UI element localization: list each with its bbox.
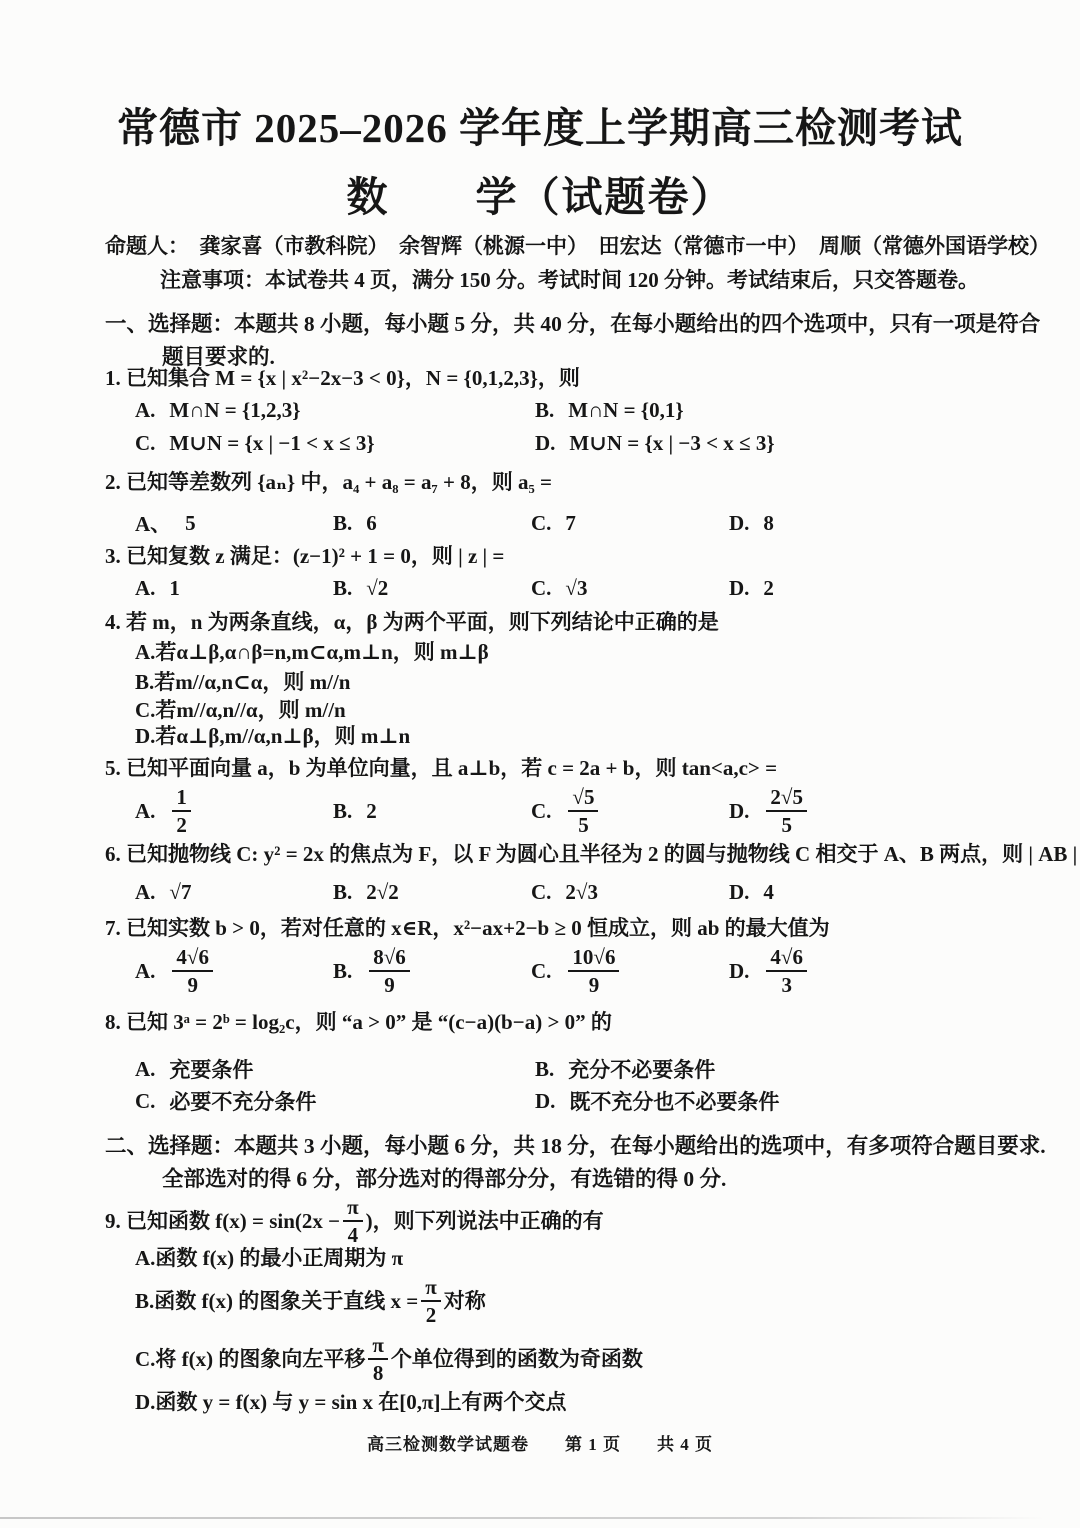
question-7-option-b: B.8√69 xyxy=(333,946,531,996)
question-8-option-a: A.充要条件 xyxy=(135,1054,535,1084)
question-2-options: A、5 B.6 C.7 D.8 xyxy=(135,508,990,538)
exam-title: 常德市 2025–2026 学年度上学期高三检测考试 xyxy=(0,106,1080,151)
question-4-option-c: C.若m//α,n//α，则 m//n xyxy=(135,700,990,721)
fraction: 8√69 xyxy=(369,946,410,996)
question-5-option-b: B.2 xyxy=(333,799,531,824)
question-7-option-d: D.4√63 xyxy=(729,946,927,996)
question-5-option-c: C.√55 xyxy=(531,786,729,836)
fraction: 10√69 xyxy=(568,946,619,996)
question-8-option-c: C.必要不充分条件 xyxy=(135,1086,535,1116)
question-5-option-d: D.2√55 xyxy=(729,786,927,836)
question-1-option-a: A.M∩N = {1,2,3} xyxy=(135,398,535,423)
fraction: 12 xyxy=(172,786,191,836)
notice-line: 注意事项：本试卷共 4 页，满分 150 分。考试时间 120 分钟。考试结束后… xyxy=(160,264,990,294)
question-6-option-d: D.4 xyxy=(729,880,927,905)
fraction: 4√63 xyxy=(766,946,807,996)
page-bottom-edge xyxy=(0,1517,1045,1519)
exam-subtitle: 数 学（试题卷） xyxy=(0,164,1080,223)
question-6-stem: 6. 已知抛物线 C: y² = 2x 的焦点为 F，以 F 为圆心且半径为 2… xyxy=(105,840,990,868)
question-9-option-c: C.将 f(x) 的图象向左平移π8个单位得到的函数为奇函数 xyxy=(135,1334,990,1384)
question-2-option-c: C.7 xyxy=(531,511,729,536)
question-2-option-a: A、5 xyxy=(135,508,333,538)
question-2-option-b: B.6 xyxy=(333,511,531,536)
fraction: π4 xyxy=(343,1196,363,1246)
question-1-options-row-2: C.M∪N = {x | −1 < x ≤ 3} D.M∪N = {x | −3… xyxy=(135,430,990,456)
question-9-option-b: B.函数 f(x) 的图象关于直线 x =π2对称 xyxy=(135,1276,990,1326)
fraction: π2 xyxy=(421,1276,441,1326)
question-1-option-c: C.M∪N = {x | −1 < x ≤ 3} xyxy=(135,430,535,456)
question-6-option-a: A.√7 xyxy=(135,880,333,905)
question-6-option-c: C.2√3 xyxy=(531,880,729,905)
question-9-option-d: D.函数 y = f(x) 与 y = sin x 在[0,π]上有两个交点 xyxy=(135,1392,990,1413)
question-3-option-b: B.√2 xyxy=(333,576,531,601)
question-3-stem: 3. 已知复数 z 满足：(z−1)² + 1 = 0，则 | z | = xyxy=(105,542,990,570)
question-4-option-a: A.若α⊥β,α∩β=n,m⊂α,m⊥n，则 m⊥β xyxy=(135,642,990,663)
proposers-line: 命题人： 龚家喜（市教科院） 余智辉（桃源一中） 田宏达（常德市一中） 周顺（常… xyxy=(105,230,990,260)
question-7-option-a: A.4√69 xyxy=(135,946,333,996)
question-7-option-c: C.10√69 xyxy=(531,946,729,996)
question-8-options-row-2: C.必要不充分条件 D.既不充分也不必要条件 xyxy=(135,1086,990,1116)
question-8-option-b: B.充分不必要条件 xyxy=(535,1054,935,1084)
question-4-option-b: B.若m//α,n⊂α，则 m//n xyxy=(135,672,990,693)
question-2-option-d: D.8 xyxy=(729,511,927,536)
exam-paper-page: 常德市 2025–2026 学年度上学期高三检测考试 数 学（试题卷） 命题人：… xyxy=(0,0,1080,1528)
question-8-stem: 8. 已知 3ᵃ = 2ᵇ = log₂c，则 “a > 0” 是 “(c−a)… xyxy=(105,1008,990,1036)
page-footer: 高三检测数学试题卷 第 1 页 共 4 页 xyxy=(0,1430,1080,1455)
question-4-stem: 4. 若 m，n 为两条直线，α，β 为两个平面，则下列结论中正确的是 xyxy=(105,608,990,636)
question-1-stem: 1. 已知集合 M = {x | x²−2x−3 < 0}，N = {0,1,2… xyxy=(105,364,990,392)
fraction: √55 xyxy=(568,786,598,836)
fraction: 2√55 xyxy=(766,786,807,836)
question-1-options-row-1: A.M∩N = {1,2,3} B.M∩N = {0,1} xyxy=(135,398,990,423)
question-5-stem: 5. 已知平面向量 a，b 为单位向量，且 a⊥b，若 c = 2a + b，则… xyxy=(105,754,990,782)
question-6-option-b: B.2√2 xyxy=(333,880,531,905)
fraction: 4√69 xyxy=(172,946,213,996)
question-3-option-a: A.1 xyxy=(135,576,333,601)
question-9-option-a: A.函数 f(x) 的最小正周期为 π xyxy=(135,1248,990,1269)
question-1-option-b: B.M∩N = {0,1} xyxy=(535,398,935,423)
question-5-options: A.12 B.2 C.√55 D.2√55 xyxy=(135,786,990,836)
question-4-option-d: D.若α⊥β,m//α,n⊥β，则 m⊥n xyxy=(135,726,990,747)
question-8-options-row-1: A.充要条件 B.充分不必要条件 xyxy=(135,1054,990,1084)
question-9-stem: 9. 已知函数 f(x) = sin(2x −π4)，则下列说法中正确的有 xyxy=(105,1196,990,1246)
question-3-option-c: C.√3 xyxy=(531,576,729,601)
fraction: π8 xyxy=(368,1334,388,1384)
question-2-stem: 2. 已知等差数列 {aₙ} 中，a₄ + a₈ = a₇ + 8，则 a₅ = xyxy=(105,468,990,496)
question-3-option-d: D.2 xyxy=(729,576,927,601)
question-7-stem: 7. 已知实数 b > 0，若对任意的 x∈R，x²−ax+2−b ≥ 0 恒成… xyxy=(105,914,990,942)
question-7-options: A.4√69 B.8√69 C.10√69 D.4√63 xyxy=(135,946,990,996)
question-1-option-d: D.M∪N = {x | −3 < x ≤ 3} xyxy=(535,430,935,456)
question-3-options: A.1 B.√2 C.√3 D.2 xyxy=(135,576,990,601)
question-8-option-d: D.既不充分也不必要条件 xyxy=(535,1086,935,1116)
question-6-options: A.√7 B.2√2 C.2√3 D.4 xyxy=(135,880,990,905)
section-two-heading: 二、选择题：本题共 3 小题，每小题 6 分，共 18 分，在每小题给出的选项中… xyxy=(105,1130,1047,1197)
question-5-option-a: A.12 xyxy=(135,786,333,836)
